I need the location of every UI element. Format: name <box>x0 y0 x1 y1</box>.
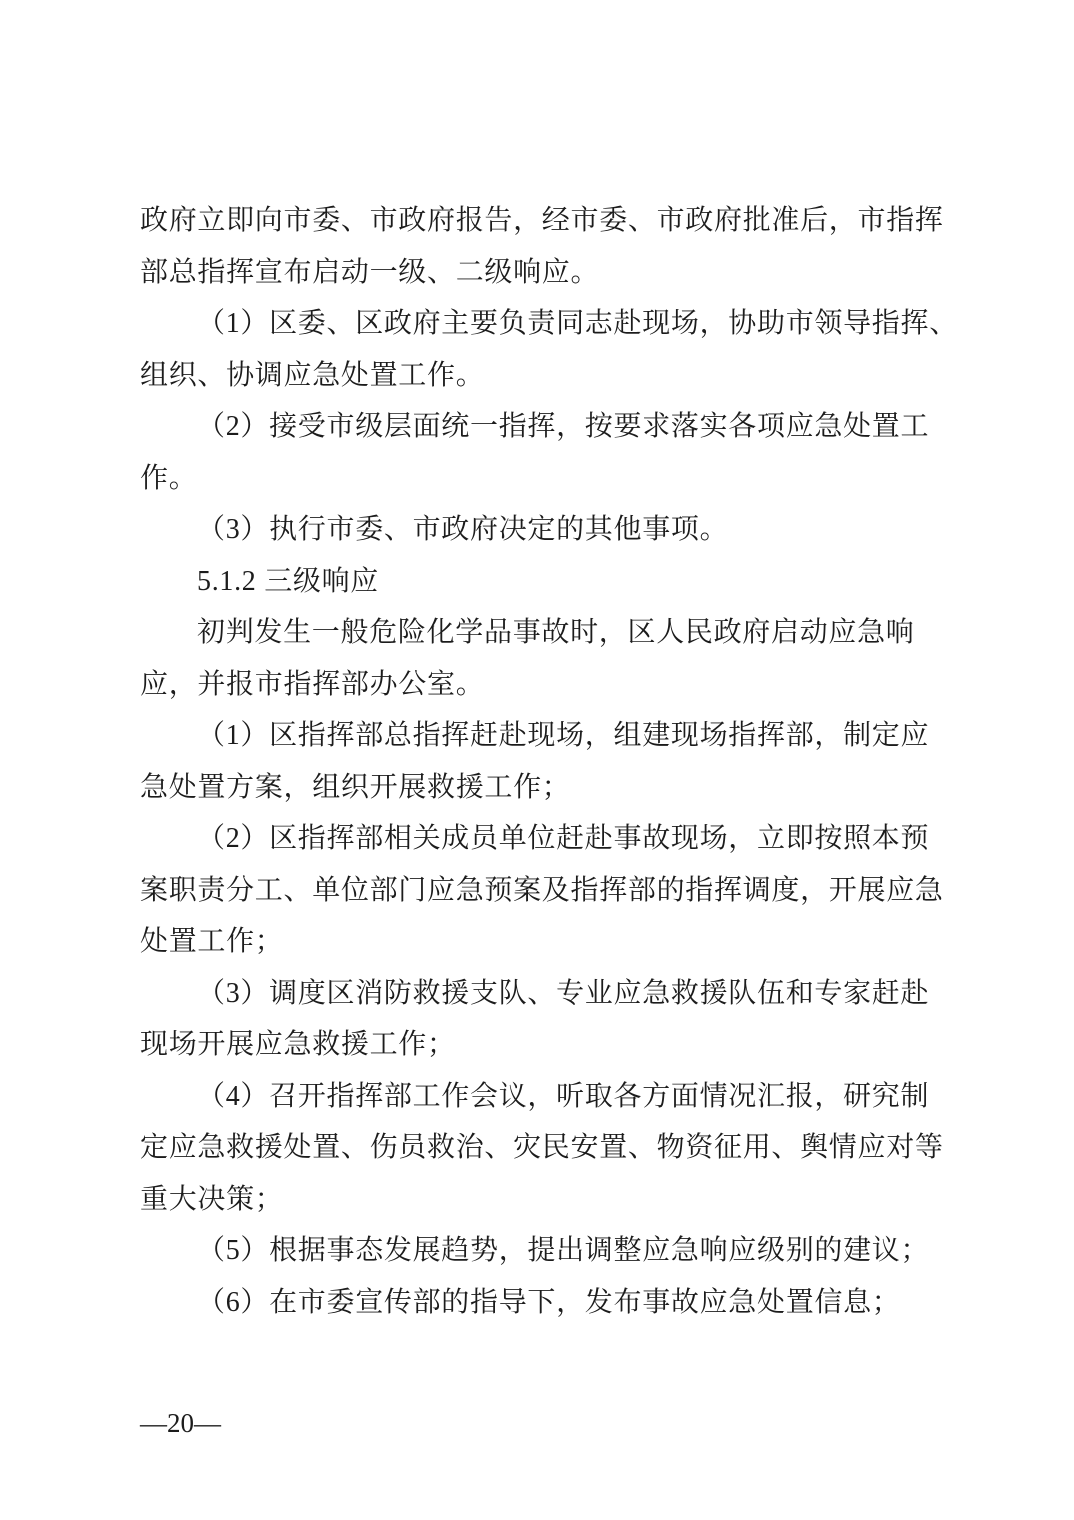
paragraph: 政府立即向市委、市政府报告，经市委、市政府批准后，市指挥部总指挥宣布启动一级、二… <box>140 195 952 298</box>
text-line: 初判发生一般危险化学品事故时，区人民政府启动应急响 <box>140 607 952 659</box>
paragraph: （3）调度区消防救援支队、专业应急救援队伍和专家赶赴现场开展应急救援工作； <box>140 968 952 1071</box>
text-line: 重大决策； <box>140 1174 952 1226</box>
text-line: 处置工作； <box>140 916 952 968</box>
paragraph: 初判发生一般危险化学品事故时，区人民政府启动应急响应，并报市指挥部办公室。 <box>140 607 952 710</box>
text-line: 政府立即向市委、市政府报告，经市委、市政府批准后，市指挥 <box>140 195 952 247</box>
text-line: 案职责分工、单位部门应急预案及指挥部的指挥调度，开展应急 <box>140 865 952 917</box>
text-line: 急处置方案，组织开展救援工作； <box>140 762 952 814</box>
page-footer: —20— <box>140 1408 221 1439</box>
paragraph: （6）在市委宣传部的指导下，发布事故应急处置信息； <box>140 1277 952 1329</box>
paragraph: （2）接受市级层面统一指挥，按要求落实各项应急处置工作。 <box>140 401 952 504</box>
text-line: 部总指挥宣布启动一级、二级响应。 <box>140 247 952 299</box>
text-line: （1）区委、区政府主要负责同志赴现场，协助市领导指挥、 <box>140 298 952 350</box>
paragraph: （3）执行市委、市政府决定的其他事项。 <box>140 504 952 556</box>
text-line: （4）召开指挥部工作会议，听取各方面情况汇报，研究制 <box>140 1071 952 1123</box>
page-number: —20— <box>140 1408 221 1438</box>
section-heading: 5.1.2 三级响应 <box>140 556 952 608</box>
text-line: 组织、协调应急处置工作。 <box>140 350 952 402</box>
text-line: 定应急救援处置、伤员救治、灾民安置、物资征用、舆情应对等 <box>140 1122 952 1174</box>
paragraph: （1）区指挥部总指挥赶赴现场，组建现场指挥部，制定应急处置方案，组织开展救援工作… <box>140 710 952 813</box>
text-line: 应，并报市指挥部办公室。 <box>140 659 952 711</box>
text-line: （6）在市委宣传部的指导下，发布事故应急处置信息； <box>140 1277 952 1329</box>
document-body: 政府立即向市委、市政府报告，经市委、市政府批准后，市指挥部总指挥宣布启动一级、二… <box>140 195 952 1328</box>
document-page: 政府立即向市委、市政府报告，经市委、市政府批准后，市指挥部总指挥宣布启动一级、二… <box>0 0 1074 1520</box>
paragraph: （4）召开指挥部工作会议，听取各方面情况汇报，研究制定应急救援处置、伤员救治、灾… <box>140 1071 952 1226</box>
text-line: 5.1.2 三级响应 <box>140 556 952 608</box>
paragraph: （2）区指挥部相关成员单位赶赴事故现场，立即按照本预案职责分工、单位部门应急预案… <box>140 813 952 968</box>
text-line: 作。 <box>140 453 952 505</box>
paragraph: （1）区委、区政府主要负责同志赴现场，协助市领导指挥、组织、协调应急处置工作。 <box>140 298 952 401</box>
text-line: （2）区指挥部相关成员单位赶赴事故现场，立即按照本预 <box>140 813 952 865</box>
paragraph: （5）根据事态发展趋势，提出调整应急响应级别的建议； <box>140 1225 952 1277</box>
text-line: （2）接受市级层面统一指挥，按要求落实各项应急处置工 <box>140 401 952 453</box>
text-line: 现场开展应急救援工作； <box>140 1019 952 1071</box>
text-line: （3）调度区消防救援支队、专业应急救援队伍和专家赶赴 <box>140 968 952 1020</box>
text-line: （1）区指挥部总指挥赶赴现场，组建现场指挥部，制定应 <box>140 710 952 762</box>
text-line: （5）根据事态发展趋势，提出调整应急响应级别的建议； <box>140 1225 952 1277</box>
text-line: （3）执行市委、市政府决定的其他事项。 <box>140 504 952 556</box>
